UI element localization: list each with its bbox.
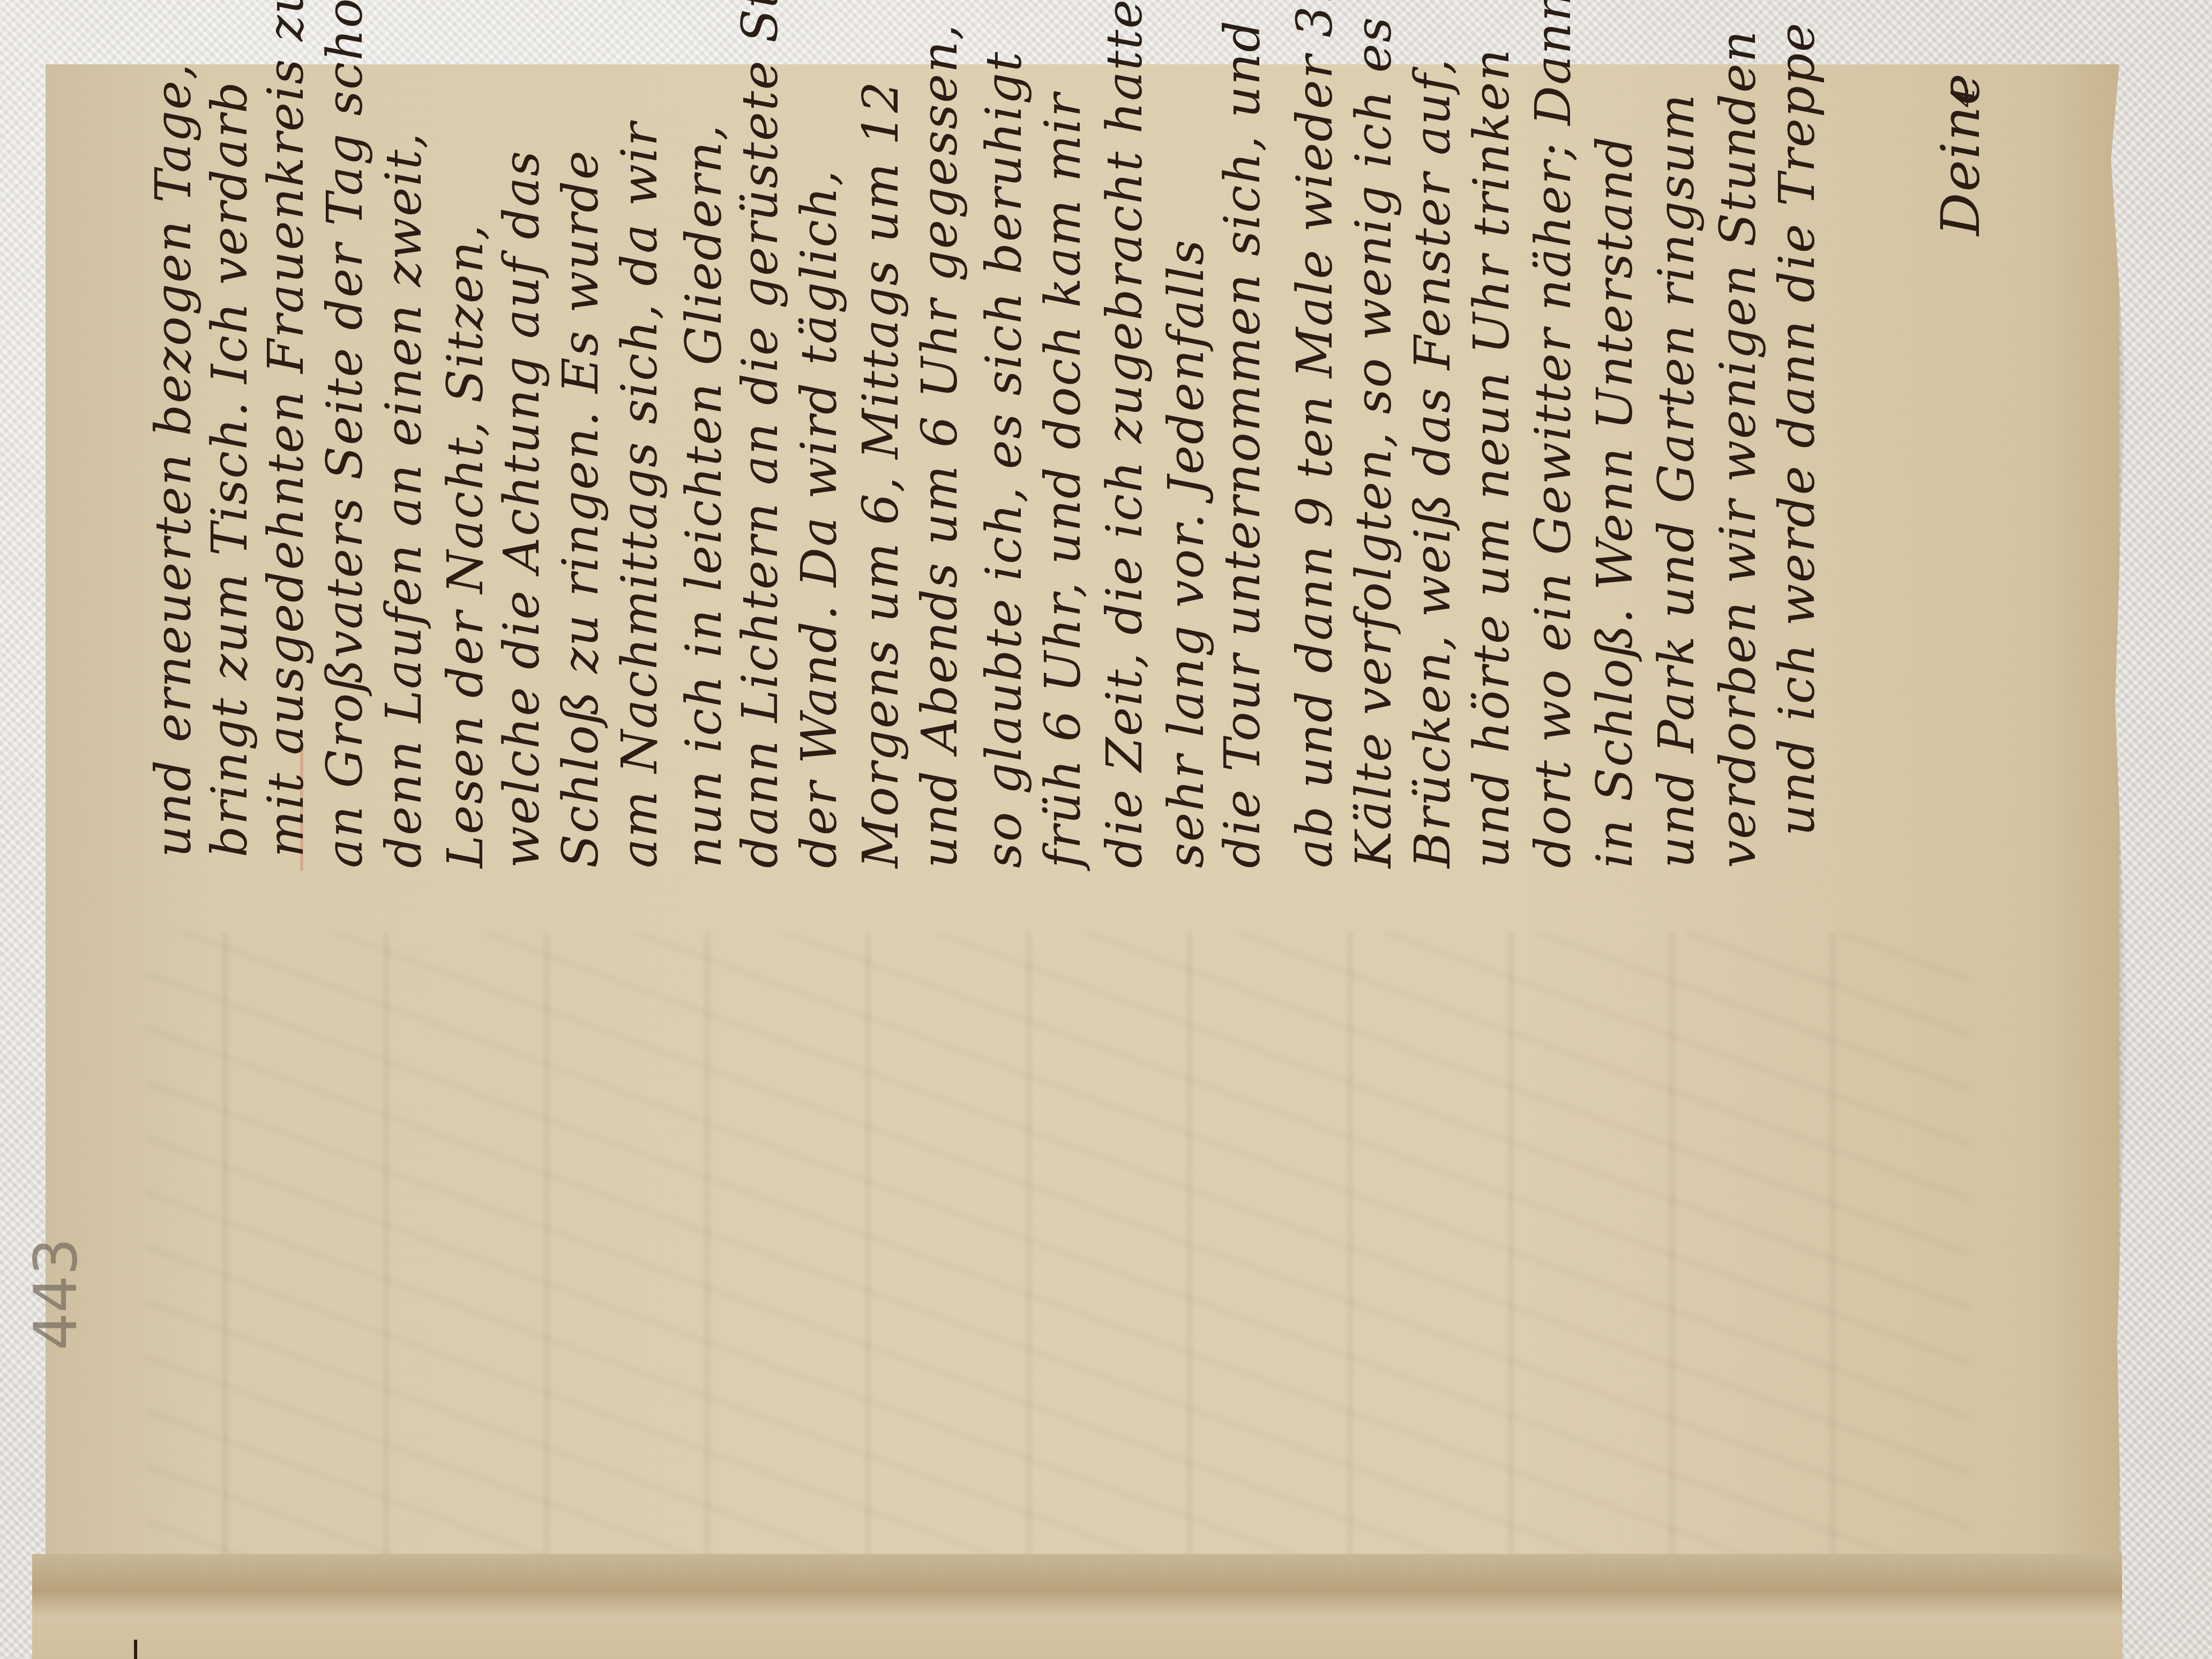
manuscript-line: denn Laufen an einen zweit, bbox=[375, 132, 432, 868]
manuscript-line: mit ausgedehnten Frauenkreis zu, bbox=[257, 0, 315, 857]
manuscript-line: ab und dann 9 ten Male wieder 3. bbox=[1286, 0, 1343, 868]
manuscript-line: Kälte verfolgten, so wenig ich es den bbox=[1345, 0, 1402, 868]
manuscript-line: und erneuerten bezogen Tage, bbox=[145, 63, 202, 857]
manuscript-line: und Park und Garten ringsum bbox=[1648, 93, 1705, 868]
manuscript-line: nun ich in leichten Gliedern, bbox=[675, 124, 733, 868]
signature-mark: 4 bbox=[1945, 86, 1983, 107]
manuscript-line: der Wand. Da wird täglich, bbox=[790, 169, 848, 868]
manuscript-line: dort wo ein Gewitter näher; Dann bbox=[1525, 0, 1582, 868]
manuscript-line: so glaubte ich, es sich beruhigt bbox=[975, 51, 1033, 868]
manuscript-line: welche die Achtung auf das bbox=[493, 150, 550, 868]
manuscript-line: dann Lichtern an die gerüstete Stärke bbox=[731, 0, 789, 868]
manuscript-line: Morgens um 6, Mittags um 12 bbox=[852, 80, 909, 868]
manuscript-line: Lesen der Nacht, Sitzen, bbox=[437, 223, 494, 868]
manuscript-line: verdorben wir wenigen Stunden bbox=[1709, 29, 1767, 868]
manuscript-line: die Zeit, die ich zugebracht hatte, bbox=[1096, 0, 1153, 868]
page-number: 443 bbox=[21, 1238, 90, 1350]
manuscript-line: in Schloß. Wenn Unterstand bbox=[1586, 136, 1643, 868]
manuscript-line: sehr lang vor. Jedenfalls bbox=[1157, 239, 1215, 868]
manuscript-line: bringt zum Tisch. Ich verdarb bbox=[201, 81, 258, 858]
manuscript-line: früh 6 Uhr, und doch kam mir bbox=[1034, 93, 1092, 868]
page-binding-fold bbox=[32, 1554, 2122, 1659]
manuscript-line: und hörte um neun Uhr trinken bbox=[1463, 48, 1520, 868]
manuscript-line: die Tour unternommen sich, und bbox=[1214, 20, 1271, 868]
manuscript-line: an Großvaters Seite der Tag schon, bbox=[316, 0, 373, 868]
manuscript-line: und Abends um 6 Uhr gegessen, bbox=[911, 23, 968, 868]
manuscript-line: am Nachmittags sich, da wir bbox=[611, 122, 668, 868]
manuscript-line: Schloß zu ringen. Es wurde bbox=[552, 150, 609, 868]
bleed-through-text-texture bbox=[147, 932, 1969, 1629]
manuscript-line: Brücken, weiß das Fenster auf, bbox=[1404, 58, 1461, 868]
ink-mark bbox=[134, 1640, 137, 1659]
manuscript-line: und ich werde dann die Treppe bbox=[1768, 22, 1826, 836]
